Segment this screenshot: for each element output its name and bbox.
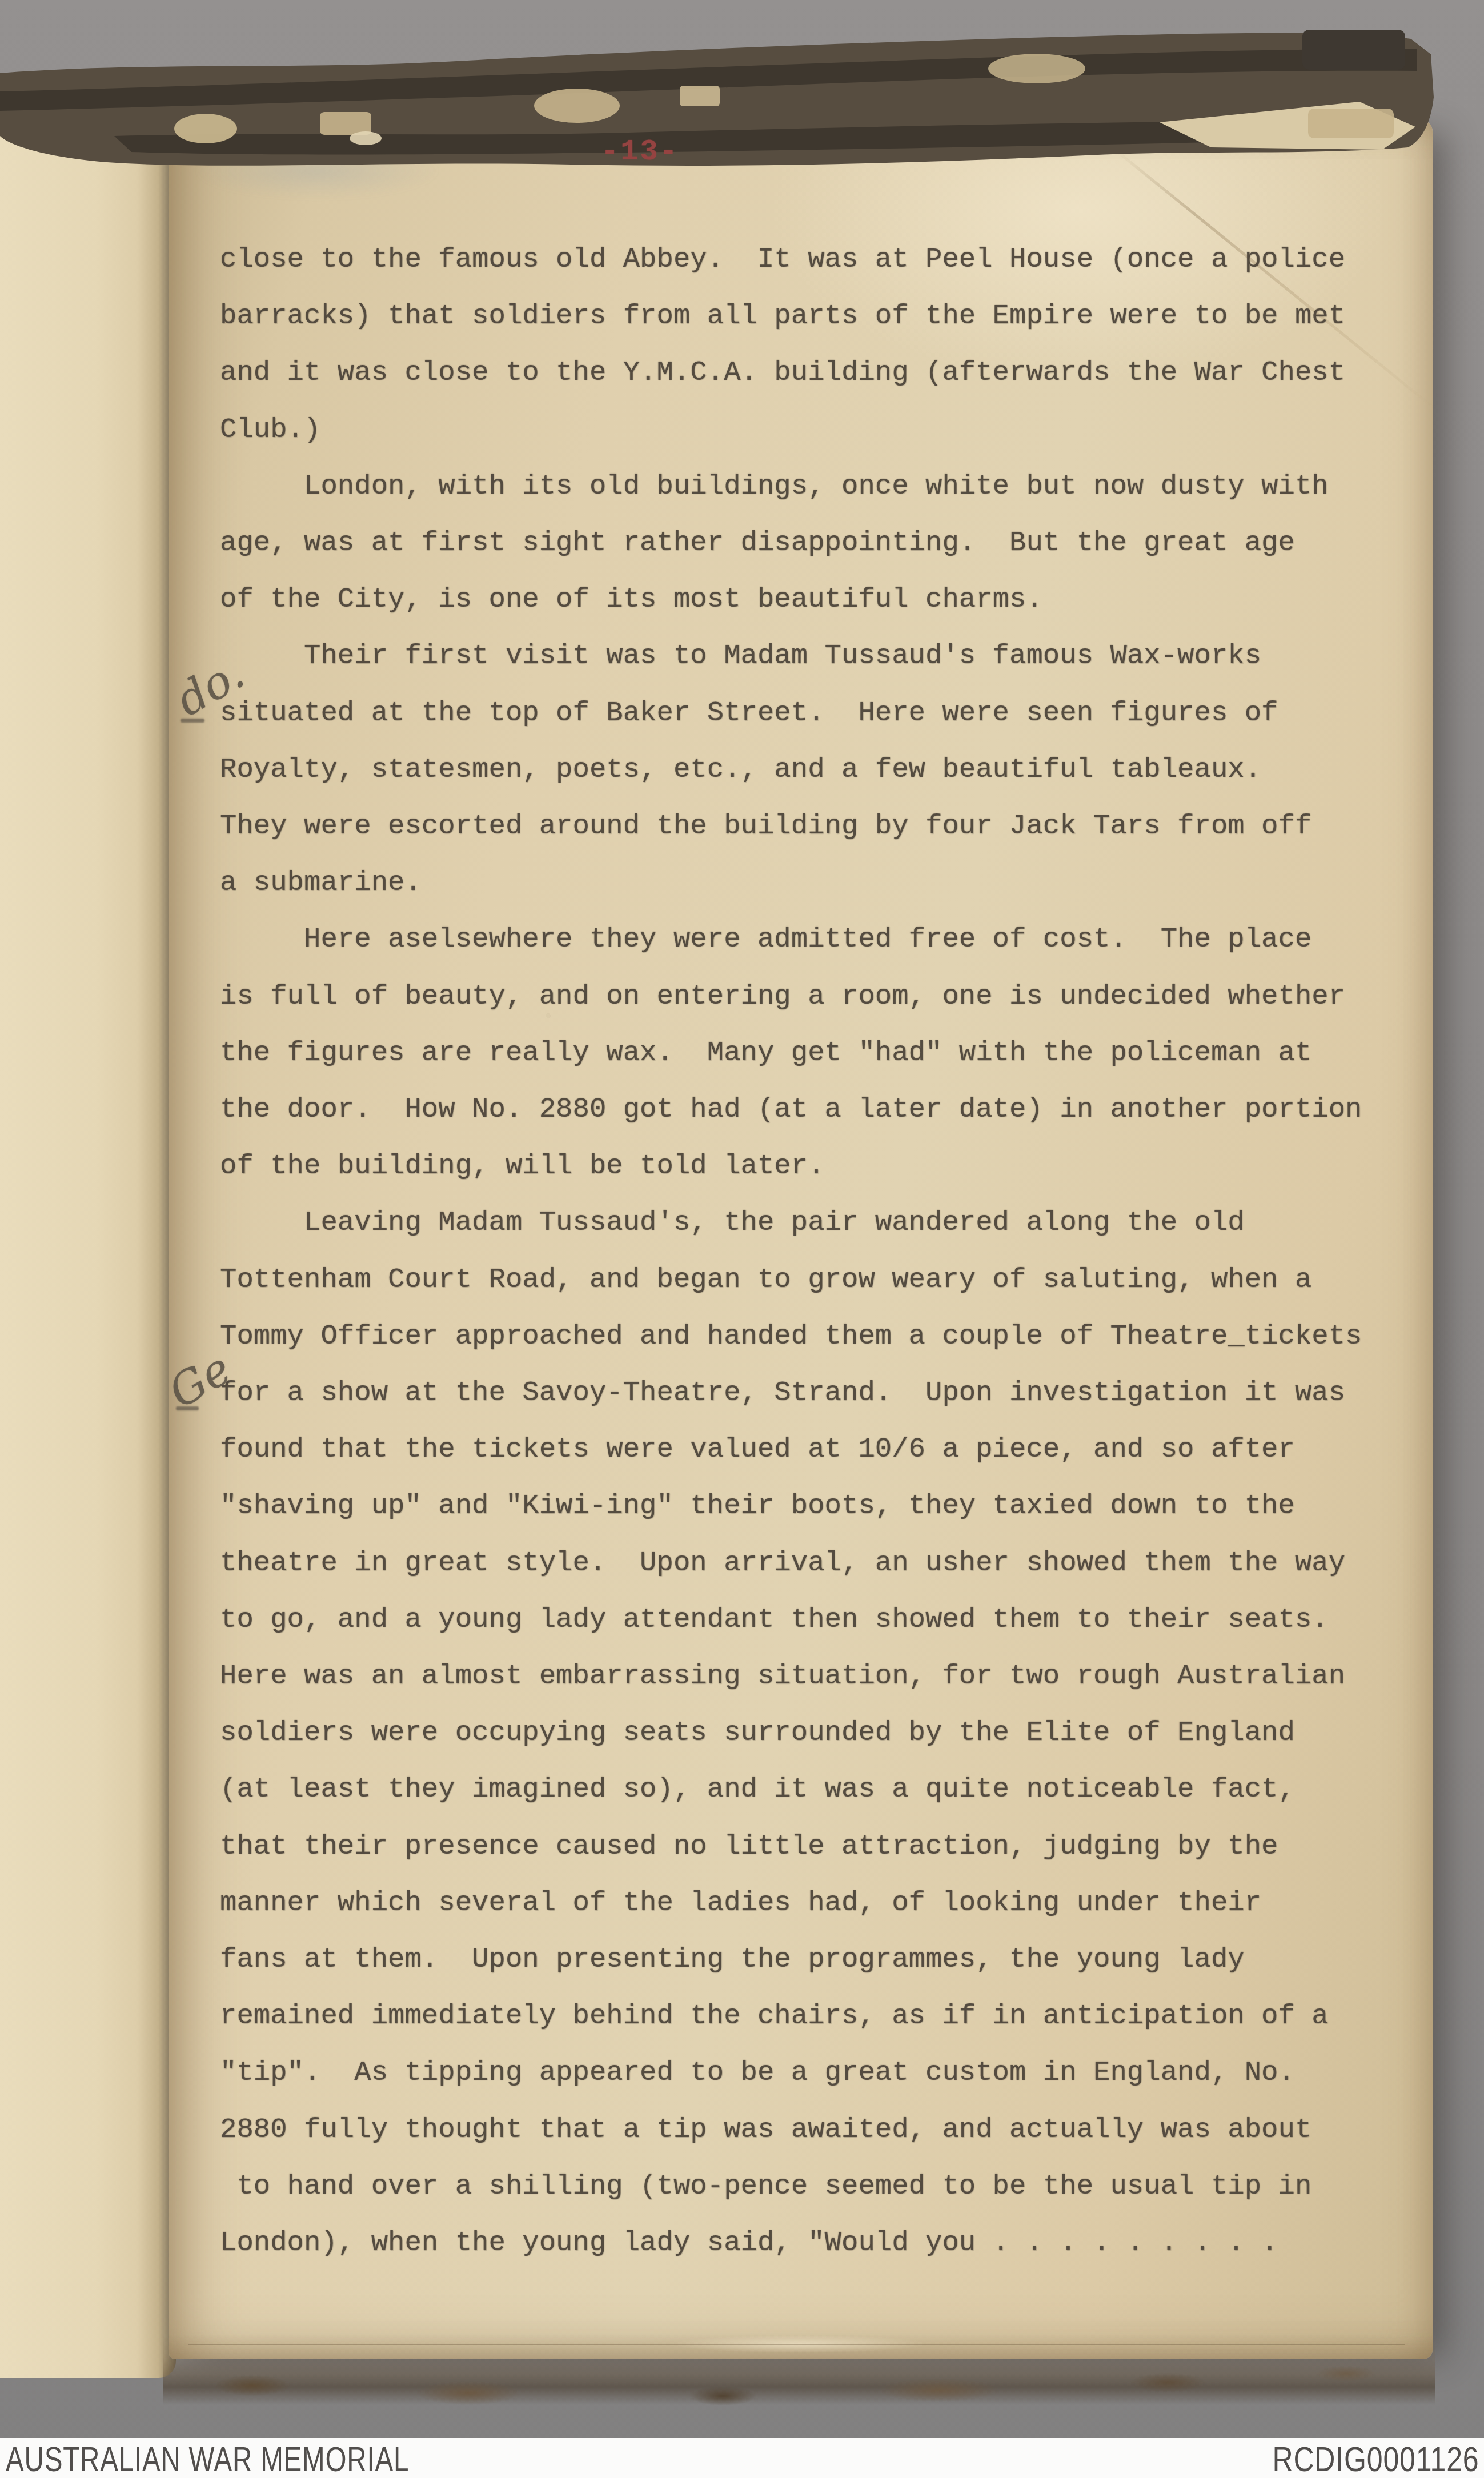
typed-line: for a show at the Savoy-Theatre, Strand.… — [220, 1376, 1345, 1410]
typed-line: a submarine. — [220, 865, 422, 900]
typed-line: age, was at first sight rather disappoin… — [220, 526, 1295, 560]
typed-line: London), when the young lady said, "Woul… — [220, 2226, 1278, 2260]
typed-line: (at least they imagined so), and it was … — [220, 1772, 1295, 1806]
typed-line: barracks) that soldiers from all parts o… — [220, 299, 1345, 333]
typed-line: Leaving Madam Tussaud's, the pair wander… — [220, 1205, 1245, 1240]
typed-line: the door. How No. 2880 got had (at a lat… — [220, 1092, 1362, 1126]
typed-line: close to the famous old Abbey. It was at… — [220, 242, 1345, 276]
typed-line: Tottenham Court Road, and began to grow … — [220, 1262, 1311, 1297]
typed-line: situated at the top of Baker Street. Her… — [220, 696, 1278, 730]
typed-line: Royalty, statesmen, poets, etc., and a f… — [220, 752, 1261, 787]
typed-line: theatre in great style. Upon arrival, an… — [220, 1546, 1345, 1580]
catalogue-id: RCDIG0001126 — [1273, 2438, 1479, 2478]
typed-line: to go, and a young lady attendant then s… — [220, 1602, 1329, 1637]
typed-line: London, with its old buildings, once whi… — [220, 469, 1329, 503]
pencil-dash — [181, 719, 204, 723]
typed-line: Here was an almost embarrassing situatio… — [220, 1659, 1345, 1693]
archive-name: AUSTRALIAN WAR MEMORIAL — [6, 2438, 409, 2478]
typed-line: of the City, is one of its most beautifu… — [220, 582, 1043, 616]
typed-text: close to the famous old Abbey. It was at… — [220, 0, 1431, 2478]
typed-line: of the building, will be told later. — [220, 1149, 825, 1183]
typed-line: Their first visit was to Madam Tussaud's… — [220, 639, 1261, 673]
typed-line: is full of beauty, and on entering a roo… — [220, 979, 1345, 1013]
facing-page-edge — [0, 136, 176, 2378]
typed-line: remained immediately behind the chairs, … — [220, 1999, 1329, 2033]
typed-line: "tip". As tipping appeared to be a great… — [220, 2055, 1295, 2090]
typed-line: manner which several of the ladies had, … — [220, 1886, 1261, 1920]
typed-line: Tommy Officer approached and handed them… — [220, 1319, 1362, 1353]
scanned-document: -13- close to the famous old Abbey. It w… — [0, 0, 1484, 2478]
typed-line: "shaving up" and "Kiwi-ing" their boots,… — [220, 1489, 1295, 1523]
typed-line: that their presence caused no little att… — [220, 1829, 1278, 1863]
typed-line: to hand over a shilling (two-pence seeme… — [220, 2169, 1311, 2203]
typed-line: the figures are really wax. Many get "ha… — [220, 1036, 1311, 1070]
typed-line: and it was close to the Y.M.C.A. buildin… — [220, 355, 1345, 390]
typed-line: They were escorted around the building b… — [220, 809, 1311, 843]
typed-line: 2880 fully thought that a tip was awaite… — [220, 2112, 1311, 2147]
typed-line: Club.) — [220, 412, 320, 447]
typed-line: fans at them. Upon presenting the progra… — [220, 1942, 1245, 1976]
typed-line: found that the tickets were valued at 10… — [220, 1432, 1295, 1466]
catalogue-footer-bar: AUSTRALIAN WAR MEMORIAL RCDIG0001126 — [0, 2438, 1484, 2478]
typed-line: Here aselsewhere they were admitted free… — [220, 922, 1311, 956]
pencil-dash — [176, 1406, 199, 1410]
typed-line: soldiers were occupying seats surrounded… — [220, 1715, 1295, 1750]
